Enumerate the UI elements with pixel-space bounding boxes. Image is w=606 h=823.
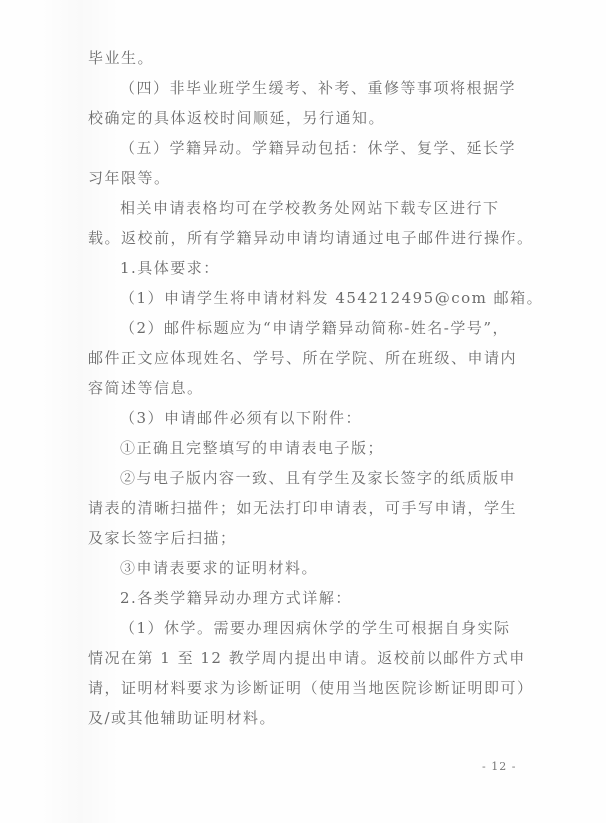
page-number: - 12 -: [482, 760, 516, 773]
section-heading: 1.具体要求：: [88, 253, 520, 283]
text-line: 习年限等。: [88, 163, 520, 193]
text-line: 及家长签字后扫描；: [88, 523, 520, 553]
document-page: 毕业生。 （四）非毕业班学生缓考、补考、重修等事项将根据学 校确定的具体返校时间…: [0, 0, 606, 823]
text-line: ②与电子版内容一致、且有学生及家长签字的纸质版申: [88, 463, 520, 493]
text-line: 相关申请表格均可在学校教务处网站下载专区进行下: [88, 193, 520, 223]
text-line: 毕业生。: [88, 43, 520, 73]
text-line: （2）邮件标题应为“申请学籍异动简称-姓名-学号”，: [88, 313, 520, 343]
text-line: （1）申请学生将申请材料发 454212495@com 邮箱。: [88, 283, 520, 313]
text-line: 校确定的具体返校时间顺延，另行通知。: [88, 103, 520, 133]
text-line: 请表的清晰扫描件；如无法打印申请表，可手写申请，学生: [88, 493, 520, 523]
text-line: 及/或其他辅助证明材料。: [88, 703, 520, 733]
text-line: （3）申请邮件必须有以下附件：: [88, 403, 520, 433]
document-body: 毕业生。 （四）非毕业班学生缓考、补考、重修等事项将根据学 校确定的具体返校时间…: [88, 43, 520, 733]
text-line: 邮件正文应体现姓名、学号、所在学院、所在班级、申请内: [88, 343, 520, 373]
text-line: 载。返校前，所有学籍异动申请均请通过电子邮件进行操作。: [88, 223, 520, 253]
text-line: （1）休学。需要办理因病休学的学生可根据自身实际: [88, 613, 520, 643]
text-line: ①正确且完整填写的申请表电子版；: [88, 433, 520, 463]
text-line: （五）学籍异动。学籍异动包括：休学、复学、延长学: [88, 133, 520, 163]
text-line: 情况在第 1 至 12 教学周内提出申请。返校前以邮件方式申: [88, 643, 520, 673]
text-line: 容简述等信息。: [88, 373, 520, 403]
text-line: （四）非毕业班学生缓考、补考、重修等事项将根据学: [88, 73, 520, 103]
text-line: 请，证明材料要求为诊断证明（使用当地医院诊断证明即可）: [88, 673, 520, 703]
text-line: ③申请表要求的证明材料。: [88, 553, 520, 583]
section-heading: 2.各类学籍异动办理方式详解：: [88, 583, 520, 613]
